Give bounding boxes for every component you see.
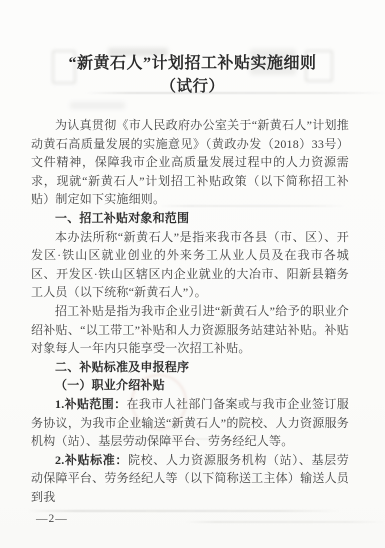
item-2-label: 2.补贴标准： (55, 453, 128, 467)
definition-paragraph: 招工补贴是指为我市企业引进“新黄石人”给予的职业介绍补贴、“以工带工”补贴和人力… (31, 302, 349, 358)
section-2-heading: 二、补贴标准及申报程序 (31, 358, 349, 377)
subsection-1-heading: （一）职业介绍补贴 (31, 376, 349, 395)
section-1-heading: 一、招工补贴对象和范围 (31, 209, 349, 228)
scope-paragraph: 本办法所称“新黄石人”是指来我市各县（市、区）、开发区·铁山区就业创业的外来务工… (31, 228, 349, 302)
document-title: “新黄石人”计划招工补贴实施细则 (0, 53, 385, 75)
scanned-document-page: “新黄石人”计划招工补贴实施细则 （试行） 为认真贯彻《市人民政府办公室关于“新… (0, 0, 385, 548)
intro-paragraph: 为认真贯彻《市人民政府办公室关于“新黄石人”计划推动黄石高质量发展的实施意见》（… (31, 116, 349, 209)
scan-streak-artifact (185, 521, 385, 523)
document-subtitle: （试行） (0, 76, 385, 97)
page-number: —2— (36, 513, 68, 525)
document-body: 为认真贯彻《市人民政府办公室关于“新黄石人”计划推动黄石高质量发展的实施意见》（… (31, 116, 349, 506)
item-1-paragraph: 1.补贴范围：在我市人社部门备案或与我市企业签订服务协议，为我市企业输送“新黄石… (31, 395, 349, 451)
bleed-through-smudge-artifact (70, 102, 125, 109)
scan-streak-artifact (28, 510, 340, 512)
item-1-label: 1.补贴范围： (55, 397, 126, 411)
item-2-paragraph: 2.补贴标准：院校、人力资源服务机构（站）、基层劳动保障平台、劳务经纪人等（以下… (31, 451, 349, 507)
